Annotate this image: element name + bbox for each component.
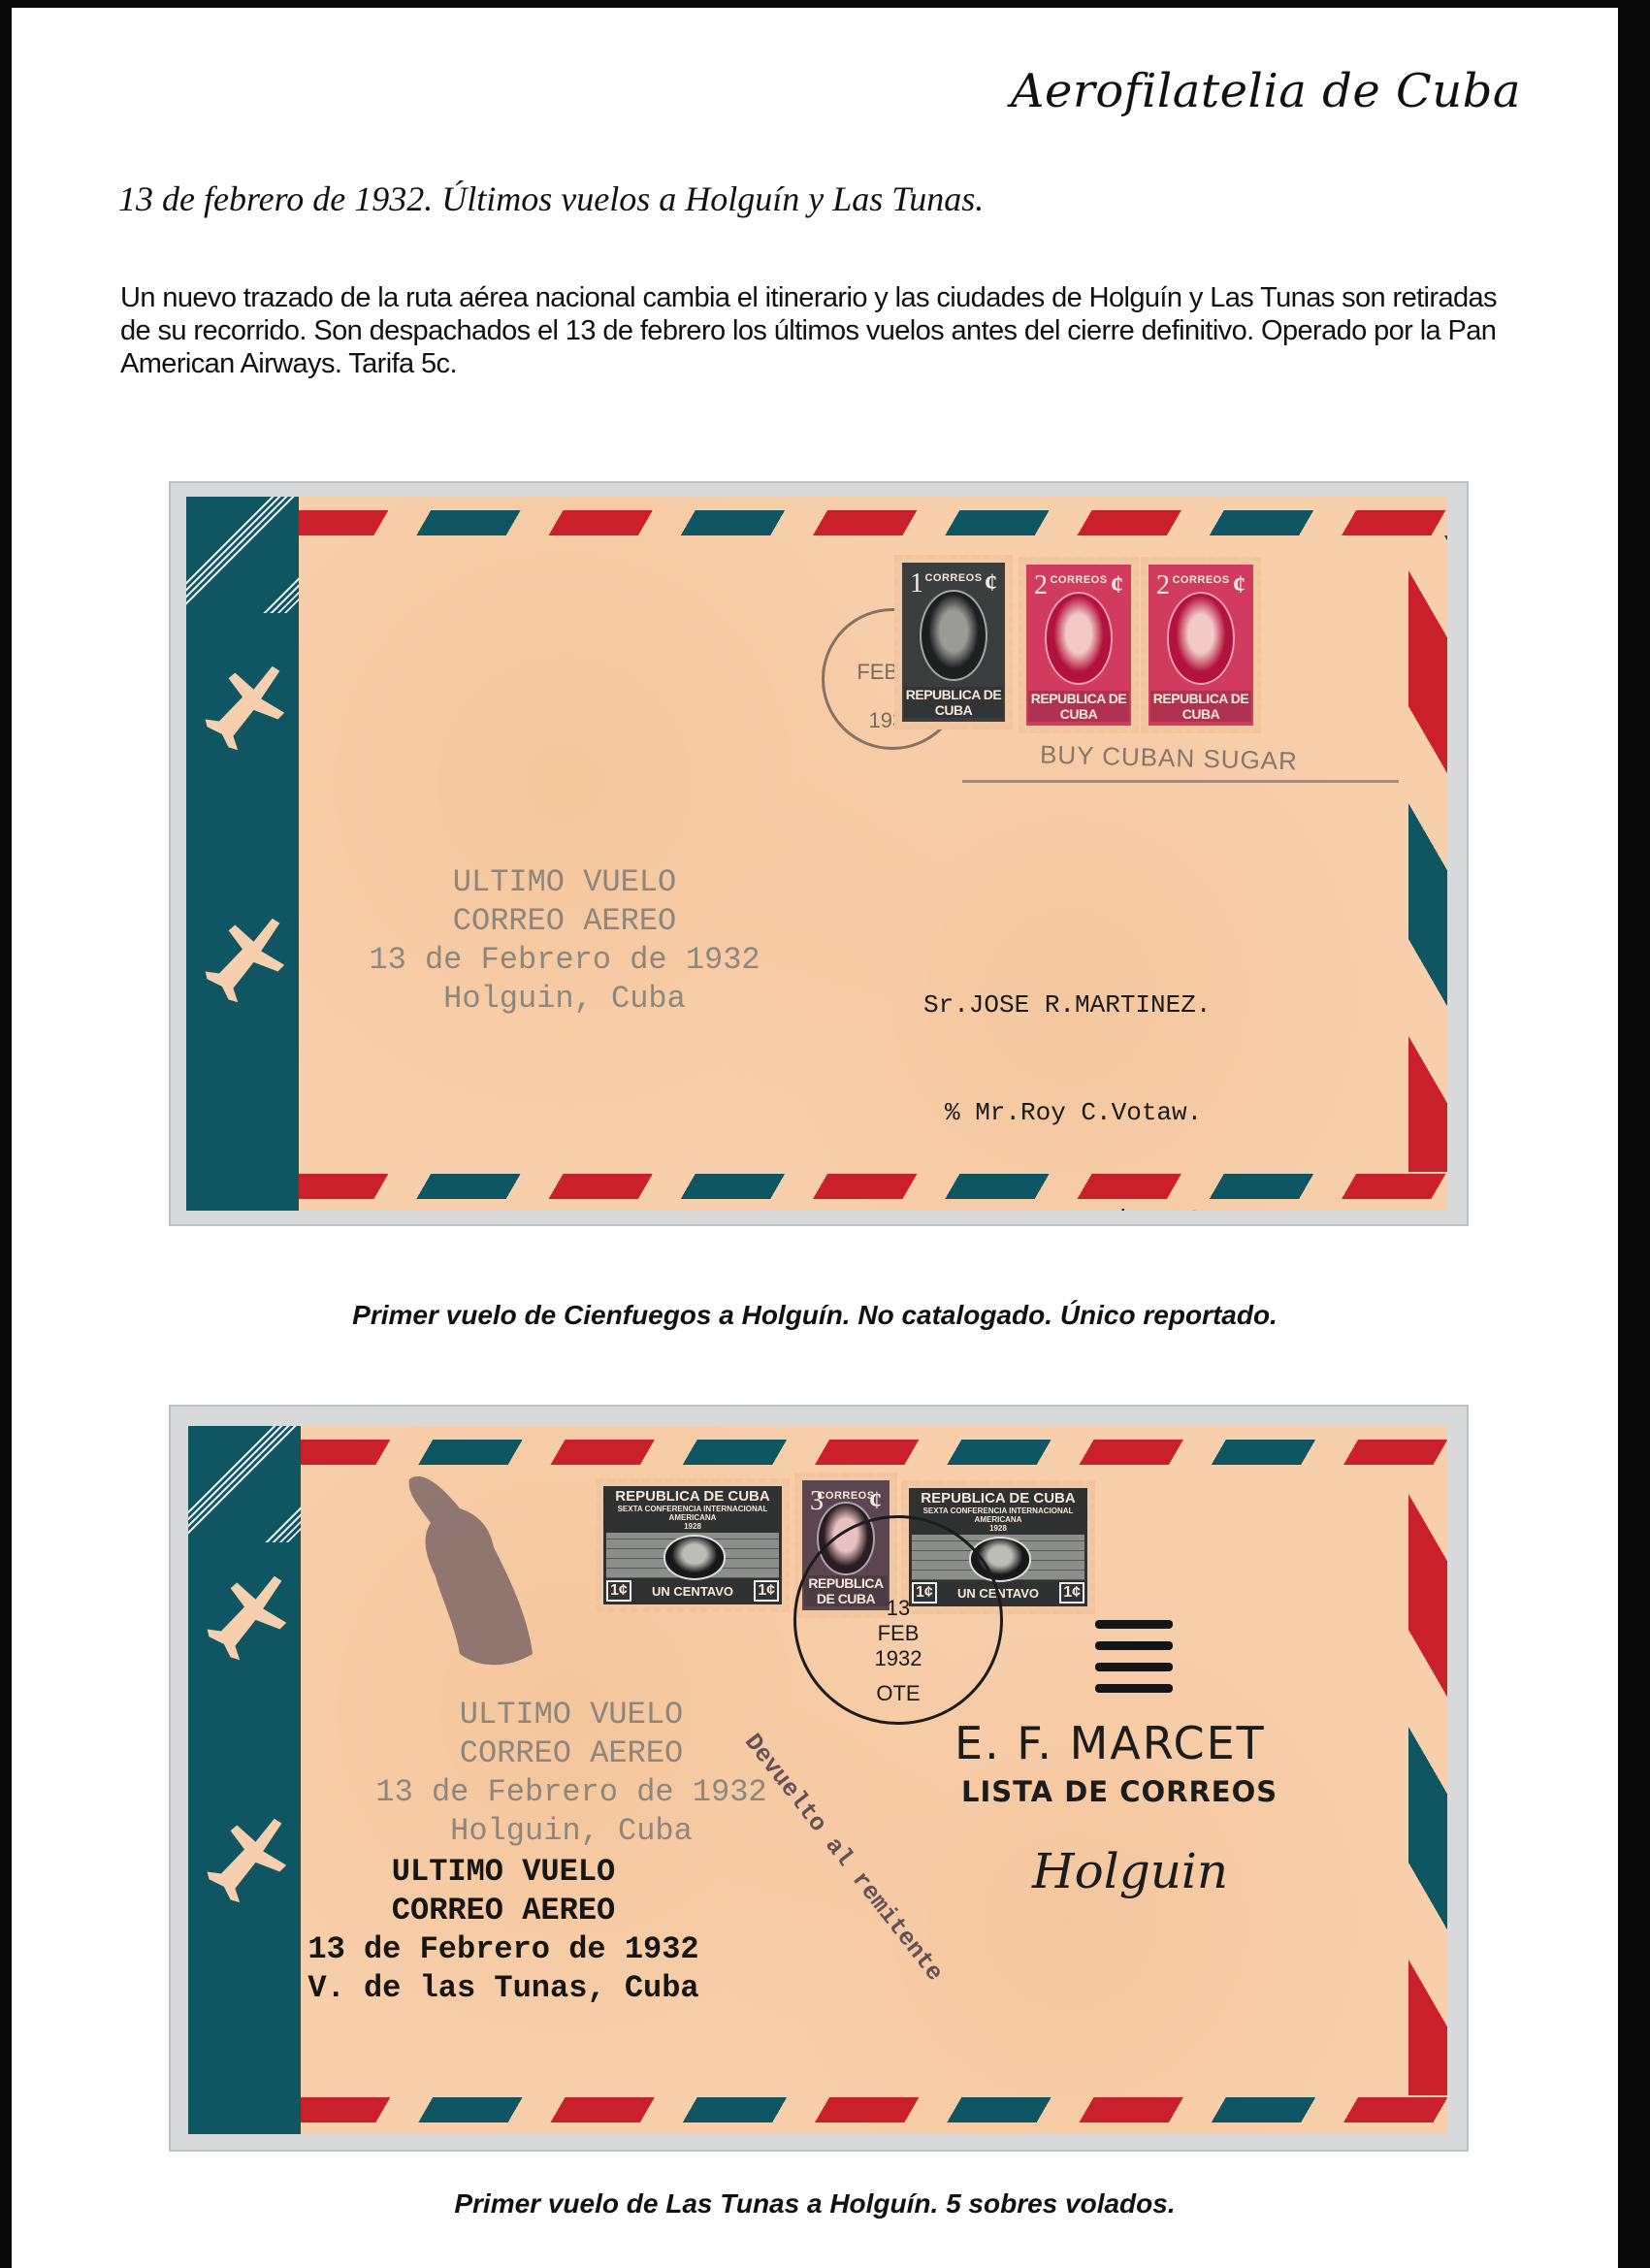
portrait-marti bbox=[920, 590, 987, 681]
postmark-victoria-de-las-tunas: 13 FEB 1932 OTE bbox=[793, 1515, 1003, 1725]
airmail-border-bottom bbox=[299, 1174, 1447, 1199]
airmail-border-right bbox=[1408, 1465, 1447, 2095]
stamp-1c-marti: 1 ¢ CORREOS REPUBLICA DE CUBA bbox=[894, 555, 1013, 729]
cachet-las-tunas: ULTIMO VUELO CORREO AEREO 13 de Febrero … bbox=[295, 1853, 712, 2008]
cover-1-mount: FEB 13 1932 1 ¢ CORREOS REPUBLICA DE CUB… bbox=[169, 481, 1469, 1226]
speed-stripes bbox=[186, 497, 299, 613]
return-to-sender-mark: Devuelto al remitente bbox=[738, 1729, 949, 1987]
recipient-address: Sr.JOSE R.MARTINEZ. % Mr.Roy C.Votaw. Ap… bbox=[923, 916, 1273, 1211]
cover-2-envelope: REPUBLICA DE CUBA SEXTA CONFERENCIA INTE… bbox=[188, 1426, 1447, 2134]
pointing-hand-icon bbox=[402, 1470, 537, 1673]
portrait-estrada-palma bbox=[663, 1535, 727, 1579]
world-map bbox=[606, 1533, 779, 1578]
portrait-gomez bbox=[1167, 592, 1236, 685]
airmail-side-band bbox=[186, 497, 299, 1211]
page-title: 13 de febrero de 1932. Últimos vuelos a … bbox=[118, 178, 984, 219]
cachet-holguin-faint: ULTIMO VUELO CORREO AEREO 13 de Febrero … bbox=[368, 1696, 775, 1851]
cover-1-caption: Primer vuelo de Cienfuegos a Holguín. No… bbox=[12, 1300, 1618, 1331]
stamp-2c-gomez: 2 ¢ CORREOS REPUBLICA DE CUBA bbox=[1141, 557, 1261, 733]
slogan-cancel: BUY CUBAN SUGAR bbox=[1040, 740, 1299, 777]
airmail-border-top bbox=[301, 1440, 1447, 1465]
airmail-border-top bbox=[299, 510, 1447, 535]
portrait-gomez bbox=[1045, 592, 1114, 685]
stamp-2c-gomez: 2 ¢ CORREOS REPUBLICA DE CUBA bbox=[1019, 557, 1139, 733]
album-page: Aerofilatelia de Cuba 13 de febrero de 1… bbox=[12, 8, 1618, 2268]
airmail-border-bottom bbox=[301, 2097, 1447, 2122]
cachet-holguin: ULTIMO VUELO CORREO AEREO 13 de Febrero … bbox=[361, 863, 768, 1019]
airmail-side-band bbox=[188, 1426, 301, 2134]
killer-bars bbox=[1095, 1620, 1173, 1705]
album-title: Aerofilatelia de Cuba bbox=[1011, 64, 1521, 118]
addressee-city-handwritten: Holguin bbox=[1032, 1843, 1228, 1899]
airmail-border-right bbox=[1408, 535, 1447, 1172]
stamp-1c-conferencia: REPUBLICA DE CUBA SEXTA CONFERENCIA INTE… bbox=[596, 1478, 790, 1612]
intro-paragraph: Un nuevo trazado de la ruta aérea nacion… bbox=[120, 281, 1527, 380]
cancel-line bbox=[962, 780, 1399, 783]
addressee-name: E. F. MARCET bbox=[954, 1717, 1266, 1769]
addressee-line2: LISTA DE CORREOS bbox=[961, 1775, 1278, 1808]
airplane-icon bbox=[198, 1571, 291, 1665]
speed-stripes bbox=[188, 1426, 301, 1542]
cover-2-caption: Primer vuelo de Las Tunas a Holguín. 5 s… bbox=[12, 2188, 1618, 2219]
airplane-icon bbox=[196, 914, 289, 1007]
airplane-icon bbox=[198, 1814, 291, 1907]
airplane-icon bbox=[196, 662, 289, 755]
cover-1-envelope: FEB 13 1932 1 ¢ CORREOS REPUBLICA DE CUB… bbox=[186, 497, 1447, 1211]
cover-2-mount: REPUBLICA DE CUBA SEXTA CONFERENCIA INTE… bbox=[169, 1405, 1469, 2152]
